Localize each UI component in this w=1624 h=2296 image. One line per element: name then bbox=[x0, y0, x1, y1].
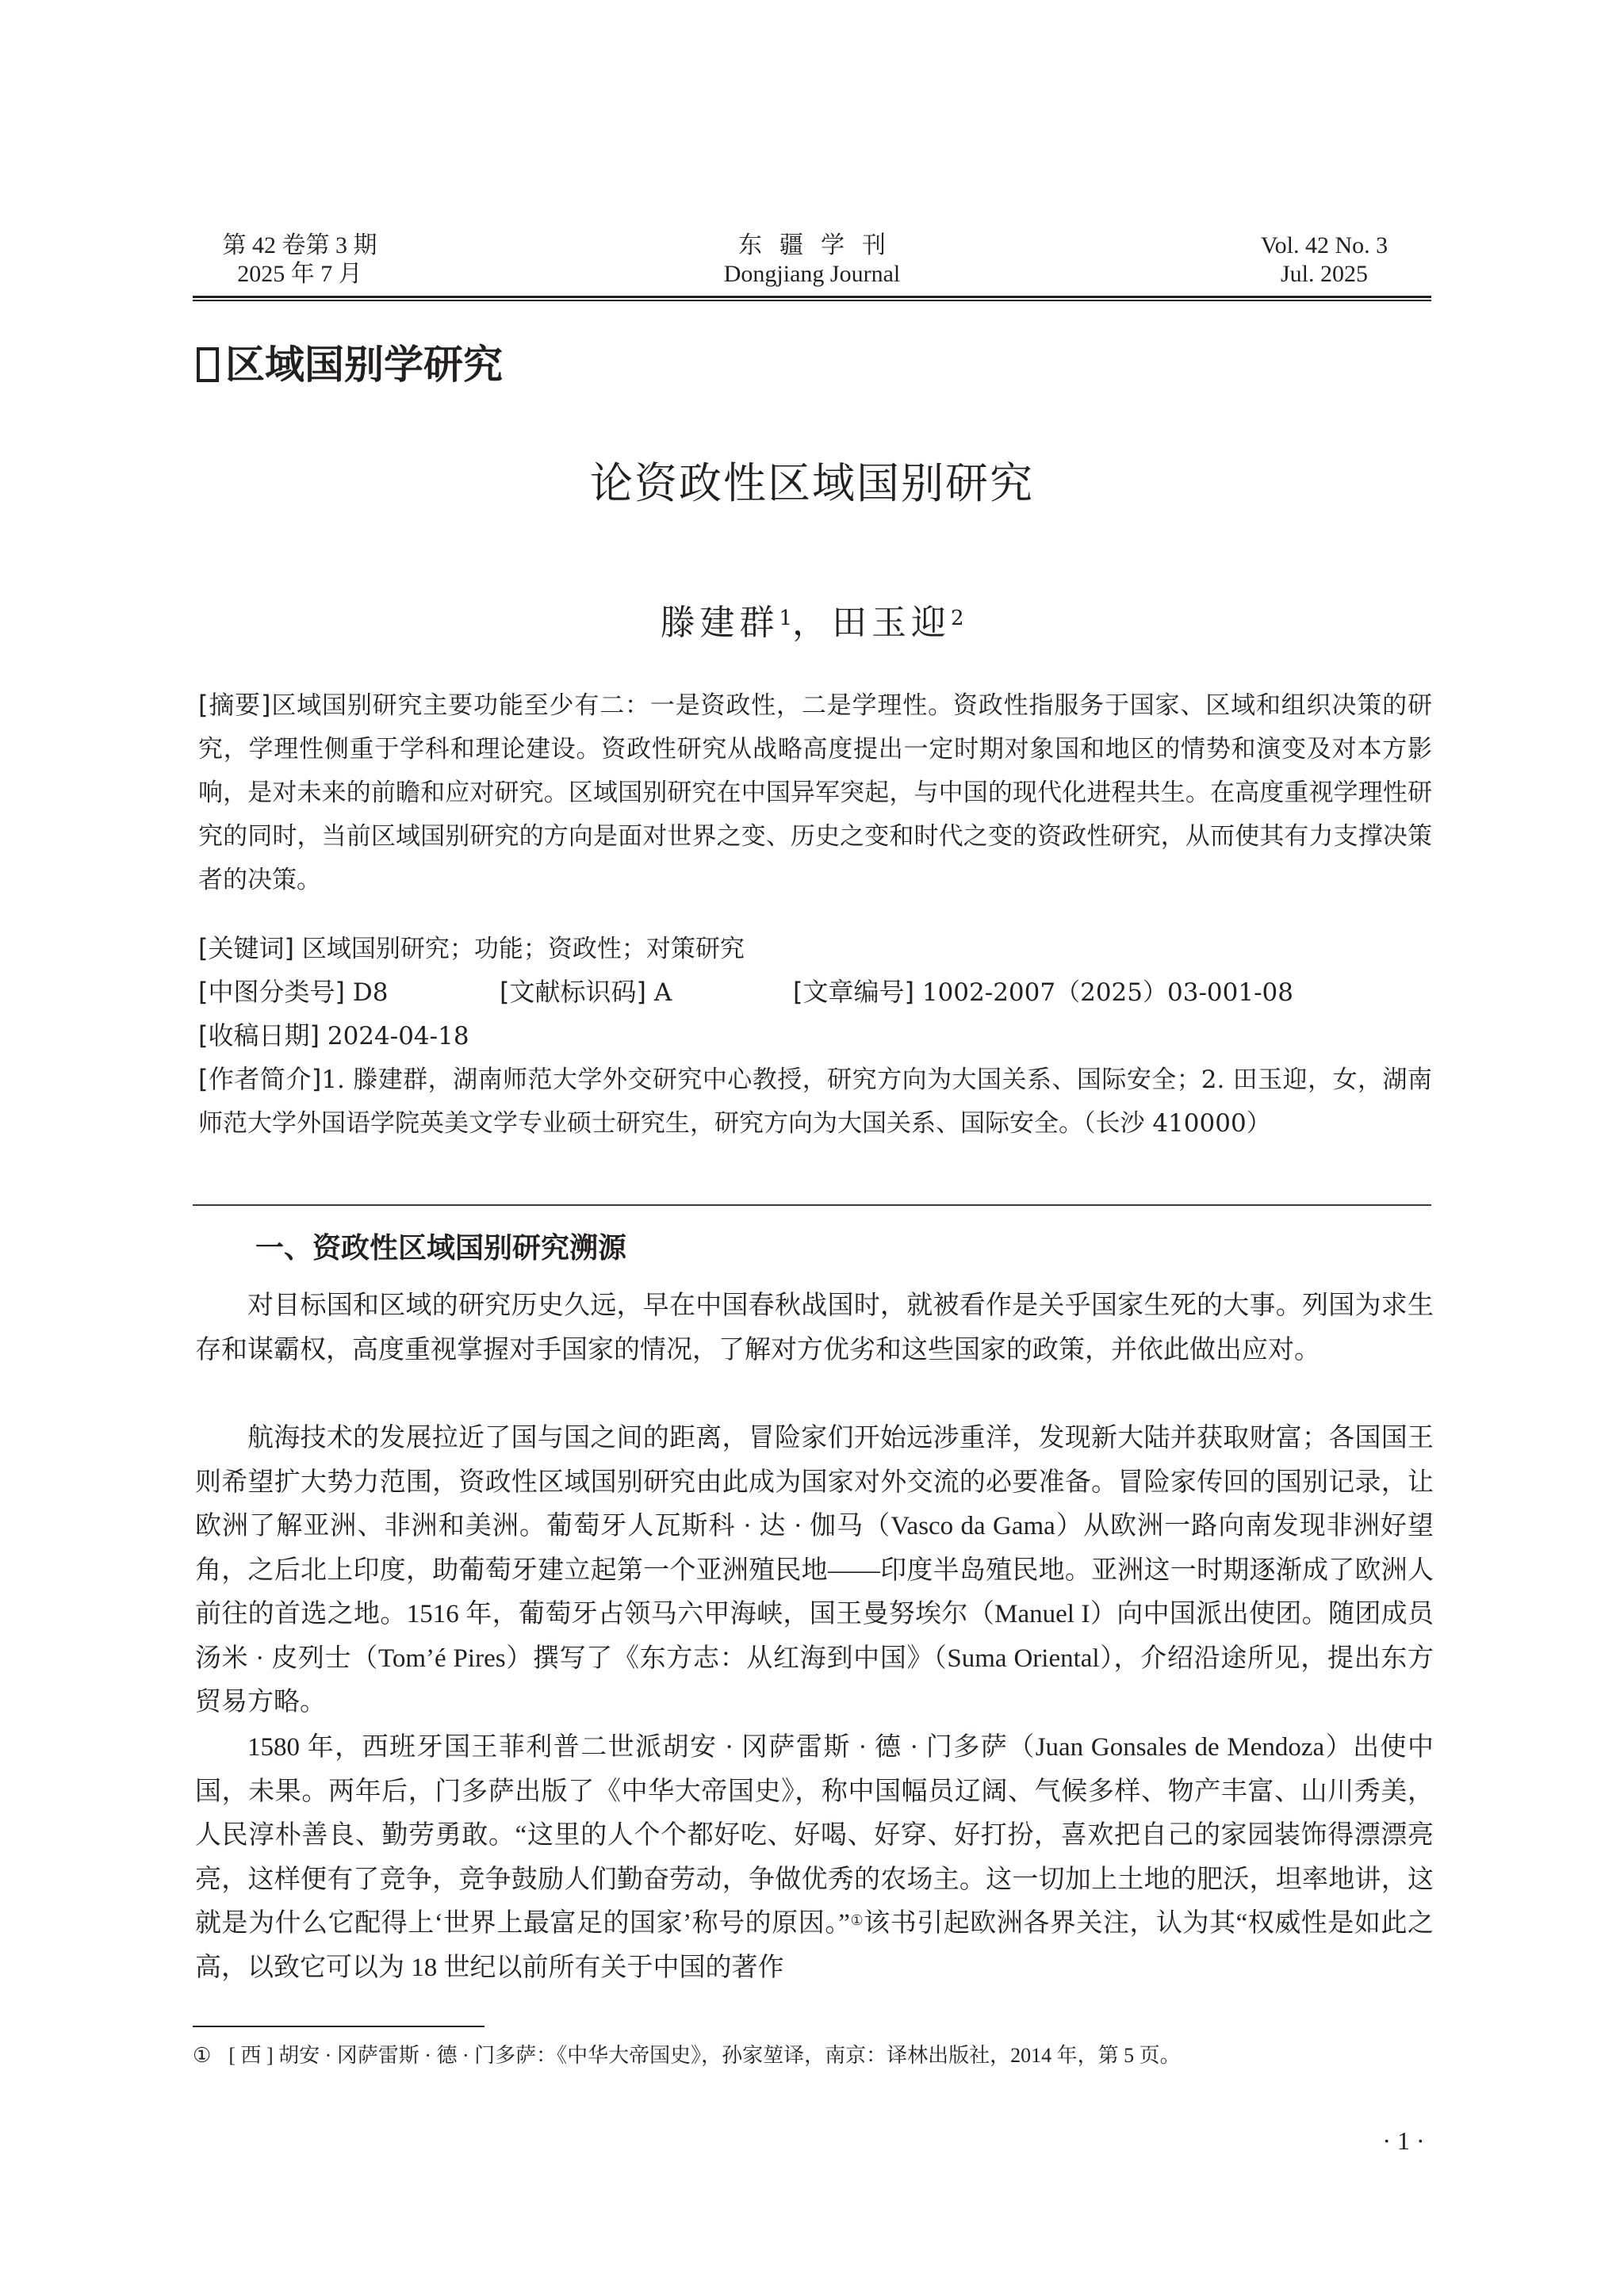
paragraph-text: 对目标国和区域的研究历史久远，早在中国春秋战国时，就被看作是关乎国家生死的大事。… bbox=[195, 1291, 1434, 1364]
abstract-label: [摘要] bbox=[198, 690, 270, 720]
body-paragraph: 对目标国和区域的研究历史久远，早在中国春秋战国时，就被看作是关乎国家生死的大事。… bbox=[195, 1284, 1434, 1372]
header-left: 第 42 卷第 3 期 2025 年 7 月 bbox=[213, 232, 387, 289]
keywords-text: 区域国别研究；功能；资政性；对策研究 bbox=[302, 935, 745, 963]
body-paragraph: 航海技术的发展拉近了国与国之间的距离，冒险家们开始远涉重洋，发现新大陆并获取财富… bbox=[195, 1417, 1434, 1725]
header-double-rule bbox=[193, 296, 1431, 302]
header-date-en: Jul. 2025 bbox=[1237, 260, 1411, 289]
footnote: ①[ 西 ] 胡安 · 冈萨雷斯 · 德 · 门多萨：《中华大帝国史》，孙家堃译… bbox=[193, 2040, 1431, 2072]
square-box-icon bbox=[197, 347, 219, 382]
body-paragraph: 1580 年，西班牙国王菲利普二世派胡安 · 冈萨雷斯 · 德 · 门多萨（Ju… bbox=[195, 1726, 1434, 1990]
author-line: 滕建群1，田玉迎2 bbox=[0, 601, 1624, 645]
clc-label: [中图分类号] bbox=[198, 977, 345, 1007]
footnote-text: [ 西 ] 胡安 · 冈萨雷斯 · 德 · 门多萨：《中华大帝国史》，孙家堃译，… bbox=[228, 2044, 1180, 2067]
keywords-label: [关键词] bbox=[198, 933, 294, 963]
article-number-label: [文章编号] bbox=[793, 977, 914, 1007]
journal-name-cn: 东疆学刊 bbox=[653, 232, 971, 260]
article-number-value: 1002-2007（2025）03-001-08 bbox=[922, 978, 1293, 1007]
section-divider bbox=[193, 1204, 1431, 1206]
abstract-text: 区域国别研究主要功能至少有二：一是资政性，二是学理性。资政性指服务于国家、区域和… bbox=[198, 691, 1432, 894]
journal-name-en: Dongjiang Journal bbox=[653, 260, 971, 289]
header-center: 东疆学刊 Dongjiang Journal bbox=[653, 232, 971, 289]
clc-value: D8 bbox=[353, 978, 389, 1007]
document-code-label: [文献标识码] bbox=[500, 977, 646, 1007]
section-heading: 一、资政性区域国别研究溯源 bbox=[255, 1226, 626, 1271]
document-code-value: A bbox=[654, 978, 672, 1007]
article-number: [文章编号] 1002-2007（2025）03-001-08 bbox=[793, 970, 1293, 1015]
clc-number: [中图分类号] D8 bbox=[198, 970, 388, 1015]
footnote-mark: ① bbox=[193, 2044, 211, 2067]
article-title: 论资政性区域国别研究 bbox=[0, 457, 1624, 511]
document-code: [文献标识码] A bbox=[500, 970, 672, 1015]
author-name: 滕建群 bbox=[660, 603, 779, 643]
author-affiliation-mark: 2 bbox=[951, 607, 964, 630]
received-date-label: [收稿日期] bbox=[198, 1020, 320, 1050]
paragraph-text: 航海技术的发展拉近了国与国之间的距离，冒险家们开始远涉重洋，发现新大陆并获取财富… bbox=[195, 1424, 1434, 1716]
page-number: · 1 · bbox=[1372, 2125, 1435, 2156]
header-date-cn: 2025 年 7 月 bbox=[213, 260, 387, 289]
received-date: [收稿日期] 2024-04-18 bbox=[198, 1014, 1432, 1058]
column-tag: 区域国别学研究 bbox=[197, 339, 503, 390]
author-bio: [作者简介]1. 滕建群，湖南师范大学外交研究中心教授，研究方向为大国关系、国际… bbox=[198, 1058, 1432, 1146]
received-date-value: 2024-04-18 bbox=[327, 1022, 469, 1050]
header-volume-issue-en: Vol. 42 No. 3 bbox=[1237, 232, 1411, 260]
footnote-rule bbox=[193, 2026, 485, 2027]
header-volume-issue-cn: 第 42 卷第 3 期 bbox=[213, 232, 387, 260]
author-affiliation-mark: 1 bbox=[779, 607, 792, 630]
author-bio-label: [作者简介] bbox=[198, 1064, 321, 1094]
abstract: [摘要]区域国别研究主要功能至少有二：一是资政性，二是学理性。资政性指服务于国家… bbox=[198, 683, 1432, 902]
author-name: 田玉迎 bbox=[832, 603, 951, 643]
footnote-reference[interactable]: ① bbox=[850, 1912, 864, 1928]
author-bio-text: 1. 滕建群，湖南师范大学外交研究中心教授，研究方向为大国关系、国际安全；2. … bbox=[198, 1066, 1432, 1138]
author-separator: ， bbox=[792, 603, 832, 643]
paragraph-text: 1580 年，西班牙国王菲利普二世派胡安 · 冈萨雷斯 · 德 · 门多萨（Ju… bbox=[195, 1733, 1434, 1938]
keywords: [关键词] 区域国别研究；功能；资政性；对策研究 bbox=[198, 927, 1432, 971]
header-right: Vol. 42 No. 3 Jul. 2025 bbox=[1237, 232, 1411, 289]
column-tag-label: 区域国别学研究 bbox=[225, 339, 503, 390]
